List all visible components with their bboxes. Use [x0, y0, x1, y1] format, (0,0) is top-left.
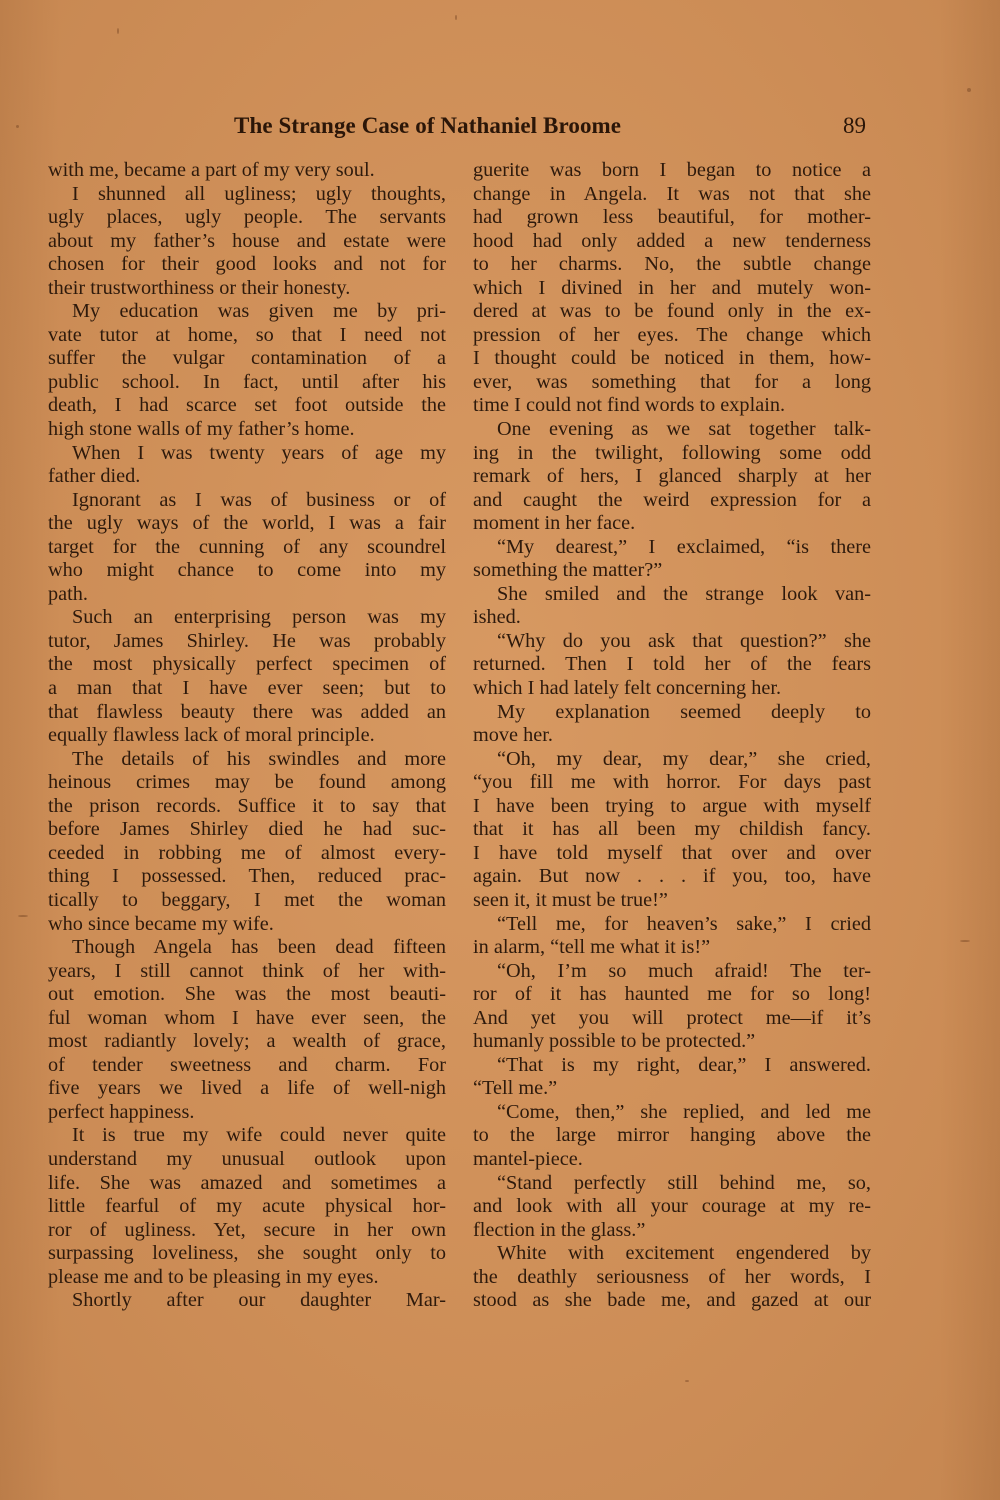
text-line: I have been trying to argue with myself — [473, 795, 871, 819]
book-page: The Strange Case of Nathaniel Broome 89 … — [0, 0, 1000, 1500]
paper-speck — [960, 940, 970, 942]
text-line: guerite was born I began to notice a — [473, 159, 871, 183]
text-line: When I was twenty years of age my — [48, 442, 446, 466]
paper-speck — [18, 915, 28, 917]
text-line: ugly places, ugly people. The servants — [48, 206, 446, 230]
text-line: understand my unusual outlook upon — [48, 1148, 446, 1172]
running-head: The Strange Case of Nathaniel Broome 89 — [0, 113, 1000, 145]
text-line: the deathly seriousness of her words, I — [473, 1266, 871, 1290]
text-line: “you fill me with horror. For days past — [473, 771, 871, 795]
text-line: which I had lately felt concerning her. — [473, 677, 871, 701]
text-line: out emotion. She was the most beauti- — [48, 983, 446, 1007]
text-line: time I could not find words to explain. — [473, 394, 871, 418]
text-line: I have told myself that over and over — [473, 842, 871, 866]
text-line: who since became my wife. — [48, 913, 446, 937]
text-line: surpassing loveliness, she sought only t… — [48, 1242, 446, 1266]
text-line: flection in the glass.” — [473, 1219, 871, 1243]
text-line: Ignorant as I was of business or of — [48, 489, 446, 513]
text-line: ful woman whom I have ever seen, the — [48, 1007, 446, 1031]
text-line: target for the cunning of any scoundrel — [48, 536, 446, 560]
text-line: My education was given me by pri- — [48, 300, 446, 324]
text-line: The details of his swindles and more — [48, 748, 446, 772]
text-line: One evening as we sat together talk- — [473, 418, 871, 442]
text-line: “Oh, I’m so much afraid! The ter- — [473, 960, 871, 984]
text-line: public school. In fact, until after his — [48, 371, 446, 395]
text-line: “That is my right, dear,” I answered. — [473, 1054, 871, 1078]
text-line: Though Angela has been dead fifteen — [48, 936, 446, 960]
text-line: father died. — [48, 465, 446, 489]
text-line: of tender sweetness and charm. For — [48, 1054, 446, 1078]
text-line: change in Angela. It was not that she — [473, 183, 871, 207]
paper-speck — [685, 1380, 689, 1382]
text-line: please me and to be pleasing in my eyes. — [48, 1266, 446, 1290]
text-line: Such an enterprising person was my — [48, 606, 446, 630]
text-line: “Come, then,” she replied, and led me — [473, 1101, 871, 1125]
text-line: years, I still cannot think of her with- — [48, 960, 446, 984]
text-line: suffer the vulgar contamination of a — [48, 347, 446, 371]
text-line: five years we lived a life of well-nigh — [48, 1077, 446, 1101]
text-column-left: with me, became a part of my very soul.I… — [48, 159, 446, 1313]
text-line: Shortly after our daughter Mar- — [48, 1289, 446, 1313]
text-line: stood as she bade me, and gazed at our — [473, 1289, 871, 1313]
text-line: that flawless beauty there was added an — [48, 701, 446, 725]
text-line: heinous crimes may be found among — [48, 771, 446, 795]
text-line: I thought could be noticed in them, how- — [473, 347, 871, 371]
text-column-right: guerite was born I began to notice achan… — [473, 159, 871, 1313]
text-line: “Why do you ask that question?” she — [473, 630, 871, 654]
text-line: with me, became a part of my very soul. — [48, 159, 446, 183]
text-line: pression of her eyes. The change which — [473, 324, 871, 348]
text-line: their trustworthiness or their honesty. — [48, 277, 446, 301]
text-line: before James Shirley died he had suc- — [48, 818, 446, 842]
text-line: thing I possessed. Then, reduced prac- — [48, 865, 446, 889]
text-line: I shunned all ugliness; ugly thoughts, — [48, 183, 446, 207]
text-line: little fearful of my acute physical hor- — [48, 1195, 446, 1219]
page-number: 89 — [843, 113, 866, 139]
text-line: “My dearest,” I exclaimed, “is there — [473, 536, 871, 560]
text-line: tically to beggary, I met the woman — [48, 889, 446, 913]
text-line: the most physically perfect specimen of — [48, 653, 446, 677]
text-line: and look with all your courage at my re- — [473, 1195, 871, 1219]
text-line: who might chance to come into my — [48, 559, 446, 583]
text-line: that it has all been my childish fancy. — [473, 818, 871, 842]
text-line: had grown less beautiful, for mother- — [473, 206, 871, 230]
text-line: ing in the twilight, following some odd — [473, 442, 871, 466]
text-line: the prison records. Suffice it to say th… — [48, 795, 446, 819]
paper-speck — [455, 15, 457, 20]
text-line: the ugly ways of the world, I was a fair — [48, 512, 446, 536]
text-line: White with excitement engendered by — [473, 1242, 871, 1266]
text-line: most radiantly lovely; a wealth of grace… — [48, 1030, 446, 1054]
text-line: to the large mirror hanging above the — [473, 1124, 871, 1148]
text-line: a man that I have ever seen; but to — [48, 677, 446, 701]
text-line: tutor, James Shirley. He was probably — [48, 630, 446, 654]
text-line: seen it, it must be true!” — [473, 889, 871, 913]
text-line: perfect happiness. — [48, 1101, 446, 1125]
text-line: vate tutor at home, so that I need not — [48, 324, 446, 348]
text-line: ceeded in robbing me of almost every- — [48, 842, 446, 866]
paper-speck — [16, 125, 19, 128]
text-line: ished. — [473, 606, 871, 630]
text-line: which I divined in her and mutely won- — [473, 277, 871, 301]
paper-speck — [117, 28, 119, 34]
text-line: something the matter?” — [473, 559, 871, 583]
text-line: path. — [48, 583, 446, 607]
text-line: “Oh, my dear, my dear,” she cried, — [473, 748, 871, 772]
text-line: again. But now . . . if you, too, have — [473, 865, 871, 889]
text-line: “Stand perfectly still behind me, so, — [473, 1172, 871, 1196]
text-line: move her. — [473, 724, 871, 748]
text-line: It is true my wife could never quite — [48, 1124, 446, 1148]
text-line: ror of it has haunted me for so long! — [473, 983, 871, 1007]
text-line: humanly possible to be protected.” — [473, 1030, 871, 1054]
text-line: dered at was to be found only in the ex- — [473, 300, 871, 324]
text-line: “Tell me, for heaven’s sake,” I cried — [473, 913, 871, 937]
text-line: chosen for their good looks and not for — [48, 253, 446, 277]
text-line: My explanation seemed deeply to — [473, 701, 871, 725]
text-line: life. She was amazed and sometimes a — [48, 1172, 446, 1196]
text-line: moment in her face. — [473, 512, 871, 536]
text-line: to her charms. No, the subtle change — [473, 253, 871, 277]
text-line: and caught the weird expression for a — [473, 489, 871, 513]
paper-speck — [967, 88, 971, 92]
text-line: She smiled and the strange look van- — [473, 583, 871, 607]
text-line: death, I had scarce set foot outside the — [48, 394, 446, 418]
text-line: ever, was something that for a long — [473, 371, 871, 395]
text-line: ror of ugliness. Yet, secure in her own — [48, 1219, 446, 1243]
text-line: “Tell me.” — [473, 1077, 871, 1101]
text-line: about my father’s house and estate were — [48, 230, 446, 254]
text-line: hood had only added a new tenderness — [473, 230, 871, 254]
running-title: The Strange Case of Nathaniel Broome — [234, 113, 621, 139]
text-line: returned. Then I told her of the fears — [473, 653, 871, 677]
text-line: mantel-piece. — [473, 1148, 871, 1172]
text-line: high stone walls of my father’s home. — [48, 418, 446, 442]
text-line: remark of hers, I glanced sharply at her — [473, 465, 871, 489]
text-line: equally flawless lack of moral principle… — [48, 724, 446, 748]
text-line: And yet you will protect me—if it’s — [473, 1007, 871, 1031]
text-line: in alarm, “tell me what it is!” — [473, 936, 871, 960]
